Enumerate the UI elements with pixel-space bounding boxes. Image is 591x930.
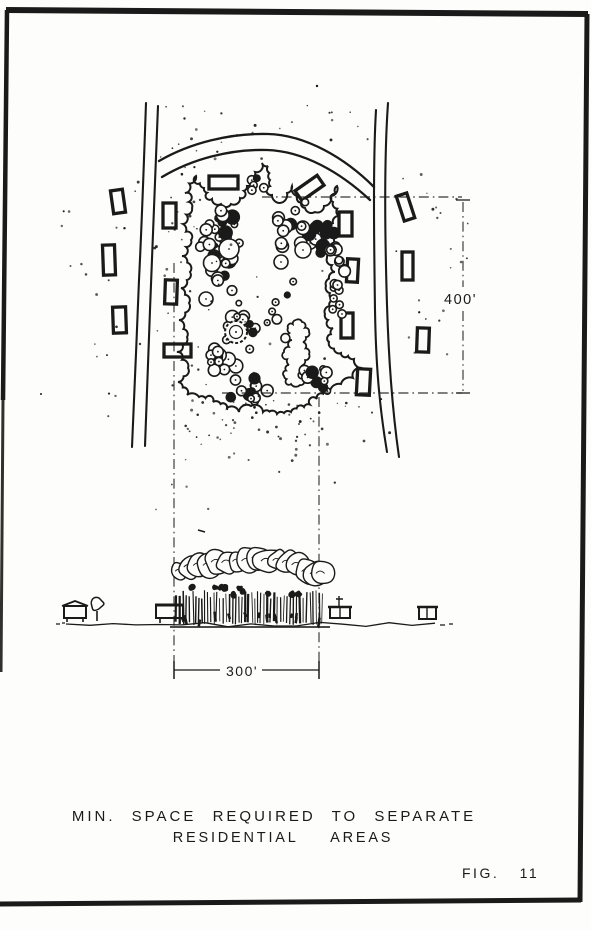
building (110, 189, 125, 213)
curved-road-outer-line (159, 134, 374, 187)
building (102, 245, 115, 275)
section-view: 300' (56, 548, 453, 679)
left-road-inner-line (145, 106, 158, 446)
building (164, 344, 191, 357)
woodland (177, 163, 362, 414)
building (356, 369, 370, 396)
house (328, 596, 352, 618)
yard-tree (91, 597, 104, 621)
building (113, 307, 127, 333)
house (417, 607, 438, 619)
plan-view: 400' (40, 85, 477, 661)
tree-stand (170, 548, 335, 628)
scanned-figure-page: 400' (0, 0, 591, 930)
caption-line-1: MIN. SPACE REQUIRED TO SEPARATE (72, 808, 476, 825)
section-dimension-label: 300' (226, 663, 258, 679)
right-road-outer-line (385, 103, 399, 457)
dimension-400: 400' (222, 197, 477, 393)
tree-circles (196, 175, 351, 405)
building (163, 203, 176, 228)
house (62, 601, 88, 622)
section-houses (62, 596, 438, 623)
building (417, 328, 430, 352)
building (209, 176, 238, 189)
dimension-300: 300' (174, 661, 319, 679)
building (339, 212, 352, 236)
figure-11-drawing: 400' (0, 0, 591, 930)
caption: MIN. SPACE REQUIRED TO SEPARATE RESIDENT… (72, 808, 539, 881)
building (165, 280, 178, 304)
building (402, 252, 413, 280)
page-frame (0, 10, 588, 904)
figure-number-label: FIG. 11 (462, 865, 539, 881)
plan-dimension-label: 400' (444, 292, 477, 308)
left-road-outer-line (132, 103, 146, 447)
caption-line-2: RESIDENTIAL AREAS (173, 830, 394, 846)
